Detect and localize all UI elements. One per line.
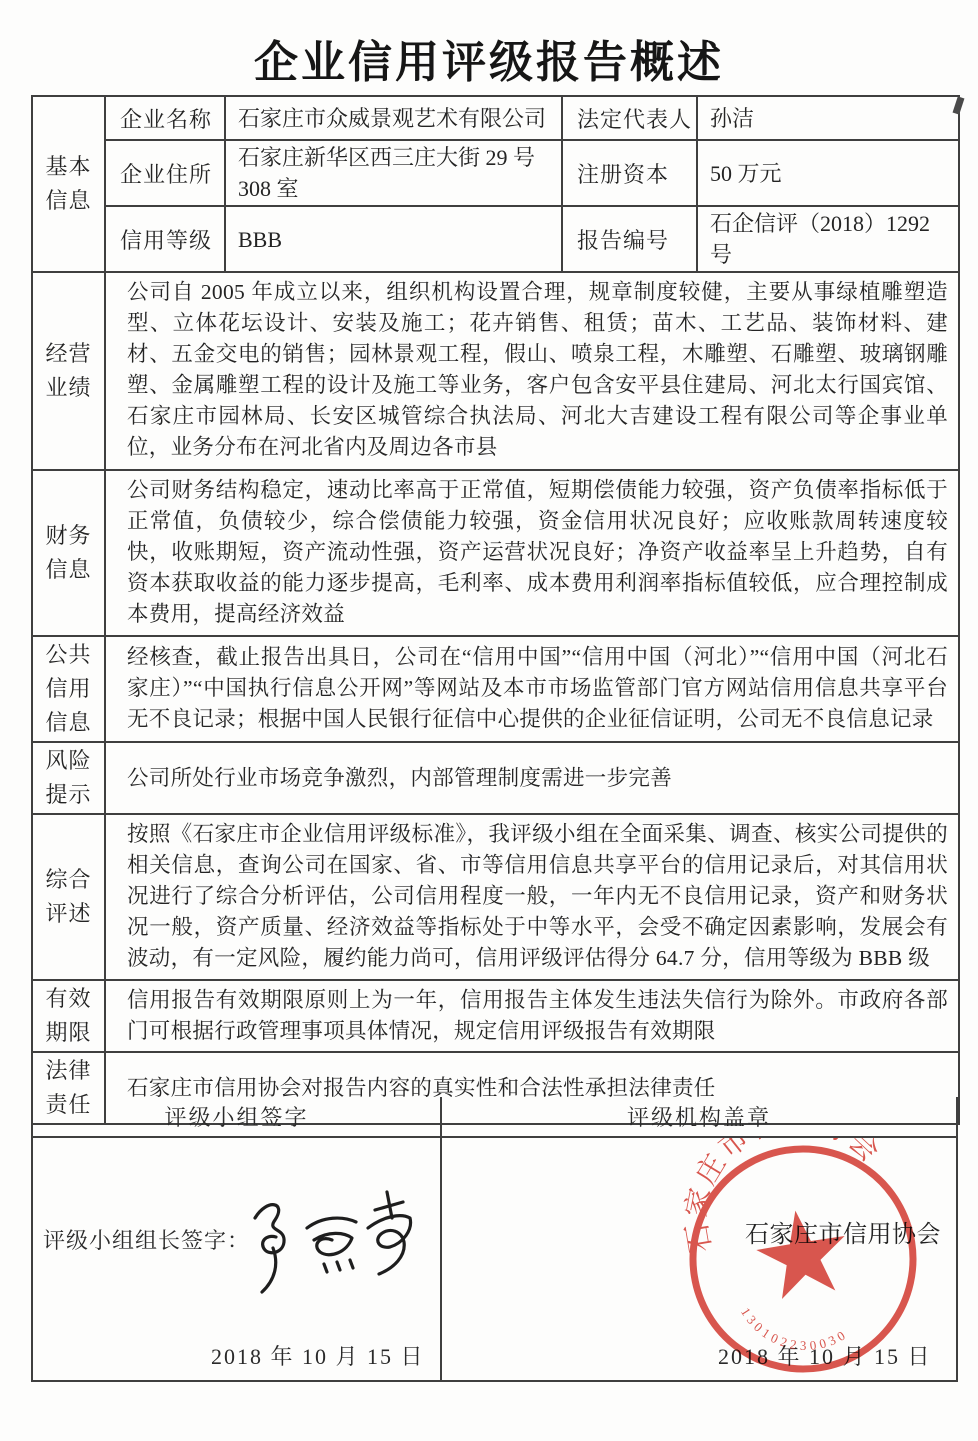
section-cell: 公司所处行业市场竞争激烈，内部管理制度需进一步完善 (105, 742, 959, 814)
seal-star-icon (751, 1204, 853, 1302)
table-row: 有效 期限 信用报告有效期限原则上为一年，信用报告主体发生违法失信行为除外。市政… (32, 980, 959, 1052)
section-label-basic-info: 基本 信息 (32, 96, 105, 272)
section-text-comprehensive-review: 按照《石家庄市企业信用评级标准》，我评级小组在全面采集、调查、核实公司提供的相关… (127, 819, 948, 975)
seal-cell: 石家庄市信用协会 2018 年 10 月 15 日 石家庄市信用协会 13010… (442, 1138, 956, 1380)
section-text-financial-info: 公司财务结构稳定，速动比率高于正常值，短期偿债能力较强，资产负债率指标低于正常值… (127, 475, 948, 631)
field-value-registered-capital: 50 万元 (697, 140, 959, 206)
table-row: 综合 评述 按照《石家庄市企业信用评级标准》，我评级小组在全面采集、调查、核实公… (32, 814, 959, 980)
section-label-financial-info: 财务 信息 (32, 470, 105, 636)
section-cell: 按照《石家庄市企业信用评级标准》，我评级小组在全面采集、调查、核实公司提供的相关… (105, 814, 959, 980)
field-label-registered-capital: 注册资本 (562, 140, 697, 206)
section-label-validity-period: 有效 期限 (32, 980, 105, 1052)
section-text-public-credit-info: 经核查，截止报告出具日，公司在“信用中国”“信用中国（河北）”“信用中国（河北石… (127, 642, 948, 736)
team-leader-signature-label: 评级小组组长签字： (43, 1224, 250, 1255)
page-title: 企业信用评级报告概述 (0, 26, 978, 90)
section-text-risk-warning: 公司所处行业市场竞争激烈，内部管理制度需进一步完善 (127, 763, 948, 794)
signature-date: 2018 年 10 月 15 日 (211, 1340, 425, 1371)
section-text-validity-period: 信用报告有效期限原则上为一年，信用报告主体发生违法失信行为除外。市政府各部门可根… (127, 985, 948, 1047)
table-row: 企业住所 石家庄新华区西三庄大街 29 号 308 室 注册资本 50 万元 (32, 140, 959, 206)
field-label-report-number: 报告编号 (562, 206, 697, 272)
section-label-risk-warning: 风险 提示 (32, 742, 105, 814)
field-label-credit-rating: 信用等级 (105, 206, 225, 272)
table-row: 经营 业绩 公司自 2005 年成立以来，组织机构设置合理，规章制度较健，主要从… (32, 272, 959, 470)
field-value-company-name: 石家庄市众威景观艺术有限公司 (225, 96, 562, 140)
section-label-public-credit-info: 公共 信用 信息 (32, 636, 105, 742)
field-label-company-address: 企业住所 (105, 140, 225, 206)
section-label-business-performance: 经营 业绩 (32, 272, 105, 470)
field-label-legal-representative: 法定代表人 (562, 96, 697, 140)
section-cell: 经核查，截止报告出具日，公司在“信用中国”“信用中国（河北）”“信用中国（河北石… (105, 636, 959, 742)
signature-cell: 评级小组组长签字： 2018 年 10 月 15 日 (33, 1138, 442, 1380)
field-value-credit-rating: BBB (225, 206, 562, 272)
table-row: 信用等级 BBB 报告编号 石企信评（2018）1292 号 (32, 206, 959, 272)
section-label-comprehensive-review: 综合 评述 (32, 814, 105, 980)
red-circular-seal: 石家庄市信用协会 130102230030 (682, 1138, 924, 1380)
signature-seal-block: 评级小组签字 评级机构盖章 评级小组组长签字： 2018 年 10 月 15 日 (31, 1097, 958, 1382)
field-label-company-name: 企业名称 (105, 96, 225, 140)
svg-text:130102230030: 130102230030 (737, 1290, 852, 1363)
section-cell: 公司自 2005 年成立以来，组织机构设置合理，规章制度较健，主要从事绿植雕塑造… (105, 272, 959, 470)
document-page: 企业信用评级报告概述 基本 信息 企业名称 石家庄市众威景观艺术有限公司 法定代… (0, 0, 978, 1441)
report-table: 基本 信息 企业名称 石家庄市众威景观艺术有限公司 法定代表人 孙洁 企业住所 … (31, 95, 960, 1125)
field-value-company-address: 石家庄新华区西三庄大街 29 号 308 室 (225, 140, 562, 206)
table-row: 基本 信息 企业名称 石家庄市众威景观艺术有限公司 法定代表人 孙洁 (32, 96, 959, 140)
section-cell: 公司财务结构稳定，速动比率高于正常值，短期偿债能力较强，资产负债率指标低于正常值… (105, 470, 959, 636)
field-value-legal-representative: 孙洁 (697, 96, 959, 140)
handwritten-signature (229, 1186, 419, 1298)
seal-arc-text: 石家庄市信用协会 (682, 1138, 900, 1255)
field-value-report-number: 石企信评（2018）1292 号 (697, 206, 959, 272)
seal-code: 130102230030 (737, 1290, 852, 1363)
table-row: 公共 信用 信息 经核查，截止报告出具日，公司在“信用中国”“信用中国（河北）”… (32, 636, 959, 742)
section-text-business-performance: 公司自 2005 年成立以来，组织机构设置合理，规章制度较健，主要从事绿植雕塑造… (127, 277, 948, 465)
rating-agency-seal-header: 评级机构盖章 (442, 1097, 956, 1138)
table-row: 财务 信息 公司财务结构稳定，速动比率高于正常值，短期偿债能力较强，资产负债率指… (32, 470, 959, 636)
rating-team-signature-header: 评级小组签字 (33, 1097, 442, 1138)
table-row: 风险 提示 公司所处行业市场竞争激烈，内部管理制度需进一步完善 (32, 742, 959, 814)
svg-text:石家庄市信用协会: 石家庄市信用协会 (682, 1138, 900, 1255)
section-cell: 信用报告有效期限原则上为一年，信用报告主体发生违法失信行为除外。市政府各部门可根… (105, 980, 959, 1052)
